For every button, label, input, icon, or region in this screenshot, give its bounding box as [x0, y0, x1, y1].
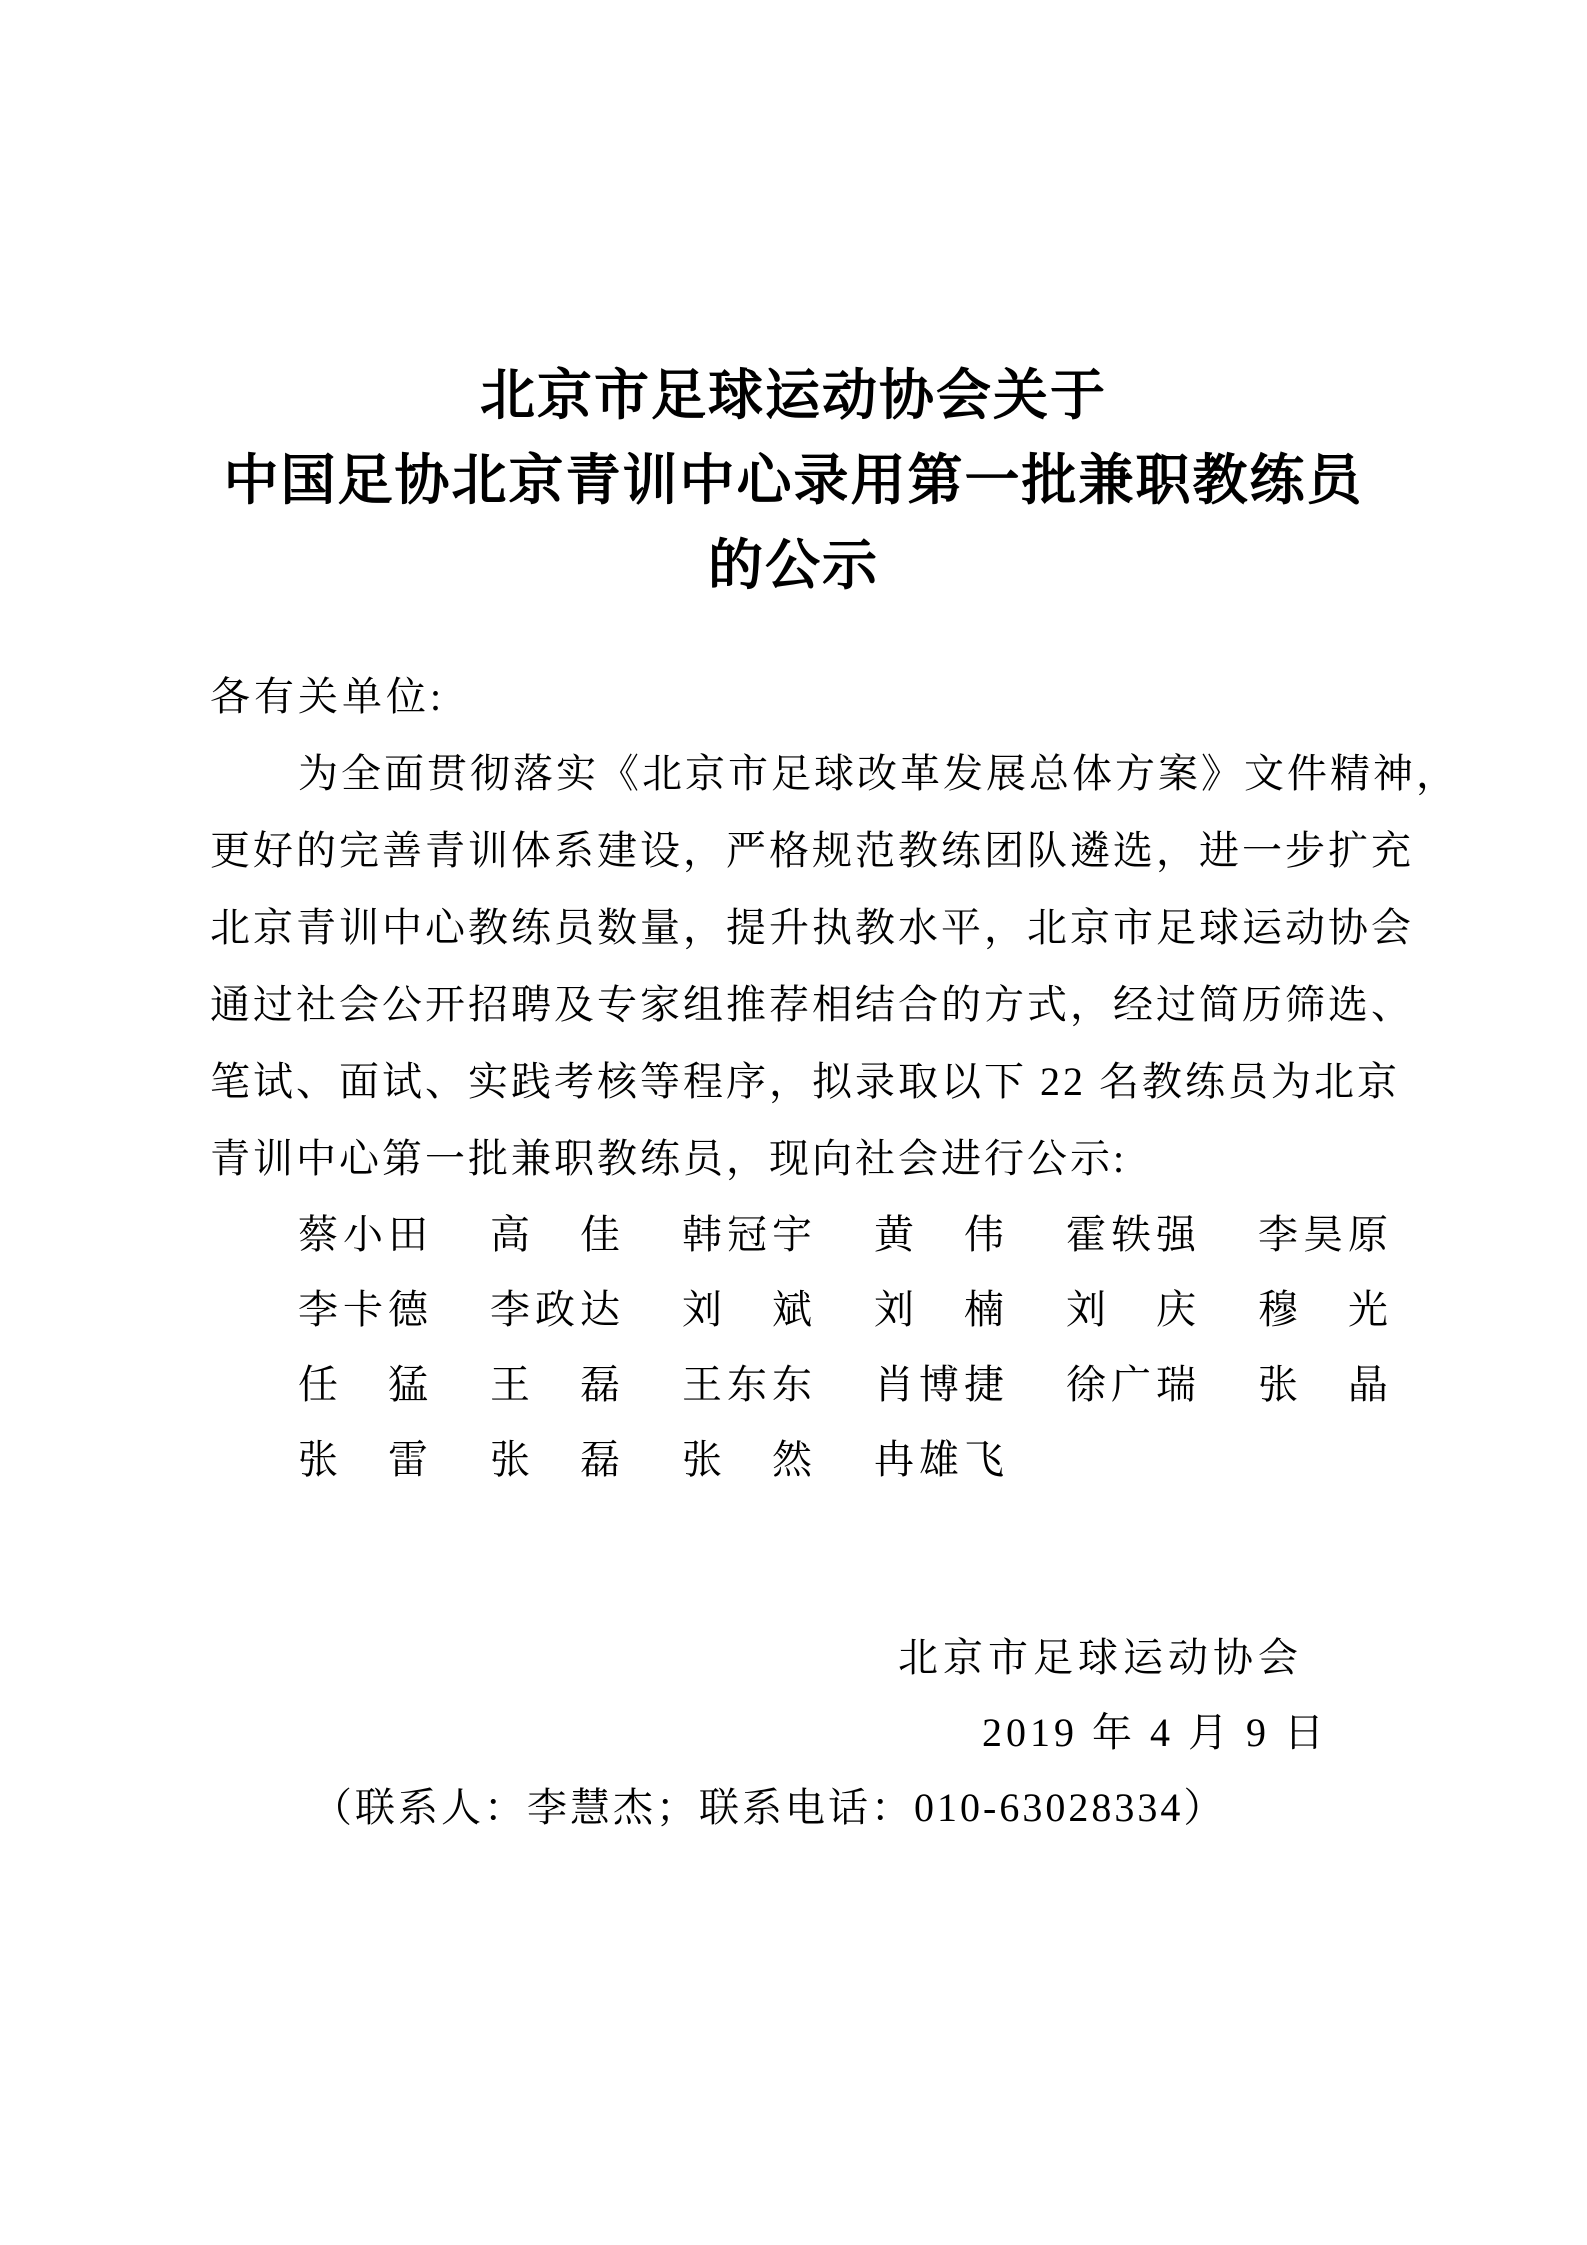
coach-name: 韩冠宇: [682, 1197, 817, 1272]
document-title: 北京市足球运动协会关于 中国足协北京青训中心录用第一批兼职教练员 的公示: [0, 0, 1587, 608]
coach-name: 张 雷: [298, 1422, 433, 1497]
paragraph-line: 更好的完善青训体系建设，严格规范教练团队遴选，进一步扩充: [210, 812, 1425, 889]
coach-name: 王 磊: [490, 1347, 625, 1422]
coach-name-row: 蔡小田 高 佳 韩冠宇 黄 伟 霍轶强 李昊原: [210, 1197, 1425, 1272]
paragraph-line: 笔试、面试、实践考核等程序，拟录取以下 22 名教练员为北京: [210, 1043, 1425, 1120]
coach-name: 蔡小田: [298, 1197, 433, 1272]
paragraph-line: 为全面贯彻落实《北京市足球改革发展总体方案》文件精神，: [210, 735, 1425, 812]
paragraph-line: 通过社会公开招聘及专家组推荐相结合的方式，经过简历筛选、: [210, 966, 1425, 1043]
coach-name: 徐广瑞: [1066, 1347, 1201, 1422]
coach-name: 王东东: [682, 1347, 817, 1422]
coach-name: 冉雄飞: [874, 1422, 1009, 1497]
contact-info: （联系人：李慧杰；联系电话：010-63028334）: [312, 1770, 1425, 1845]
announcement-page: 北京市足球运动协会关于 中国足协北京青训中心录用第一批兼职教练员 的公示 各有关…: [0, 0, 1587, 2245]
salutation: 各有关单位:: [210, 658, 1425, 735]
coach-name: 穆 光: [1258, 1272, 1393, 1347]
issue-date: 2019 年 4 月 9 日: [982, 1695, 1425, 1770]
title-line-2: 中国足协北京青训中心录用第一批兼职教练员: [0, 438, 1587, 523]
coach-name: 高 佳: [490, 1197, 625, 1272]
signature-block: 北京市足球运动协会 2019 年 4 月 9 日 （联系人：李慧杰；联系电话：0…: [210, 1620, 1425, 1845]
coach-name: 张 然: [682, 1422, 817, 1497]
coach-name-row: 任 猛 王 磊 王东东 肖博捷 徐广瑞 张 晶: [210, 1347, 1425, 1422]
coach-name: 黄 伟: [874, 1197, 1009, 1272]
coach-name: 肖博捷: [874, 1347, 1009, 1422]
coach-name: 任 猛: [298, 1347, 433, 1422]
coach-name: 刘 斌: [682, 1272, 817, 1347]
coach-name: 刘 庆: [1066, 1272, 1201, 1347]
title-line-3: 的公示: [0, 523, 1587, 608]
coach-name-row: 张 雷 张 磊 张 然 冉雄飞: [210, 1422, 1425, 1497]
coach-name: 李昊原: [1258, 1197, 1393, 1272]
issuer-signature: 北京市足球运动协会: [898, 1620, 1425, 1695]
document-body: 各有关单位: 为全面贯彻落实《北京市足球改革发展总体方案》文件精神， 更好的完善…: [210, 658, 1425, 1845]
coach-name-list: 蔡小田 高 佳 韩冠宇 黄 伟 霍轶强 李昊原 李卡德 李政达 刘 斌 刘 楠 …: [210, 1197, 1425, 1497]
coach-name: 张 晶: [1258, 1347, 1393, 1422]
coach-name: 刘 楠: [874, 1272, 1009, 1347]
coach-name-row: 李卡德 李政达 刘 斌 刘 楠 刘 庆 穆 光: [210, 1272, 1425, 1347]
coach-name: 霍轶强: [1066, 1197, 1201, 1272]
title-line-1: 北京市足球运动协会关于: [0, 353, 1587, 438]
coach-name: 李政达: [490, 1272, 625, 1347]
coach-name: 张 磊: [490, 1422, 625, 1497]
paragraph-line: 北京青训中心教练员数量，提升执教水平，北京市足球运动协会: [210, 889, 1425, 966]
coach-name: 李卡德: [298, 1272, 433, 1347]
main-paragraph: 为全面贯彻落实《北京市足球改革发展总体方案》文件精神， 更好的完善青训体系建设，…: [210, 735, 1425, 1197]
paragraph-line: 青训中心第一批兼职教练员，现向社会进行公示:: [210, 1120, 1425, 1197]
